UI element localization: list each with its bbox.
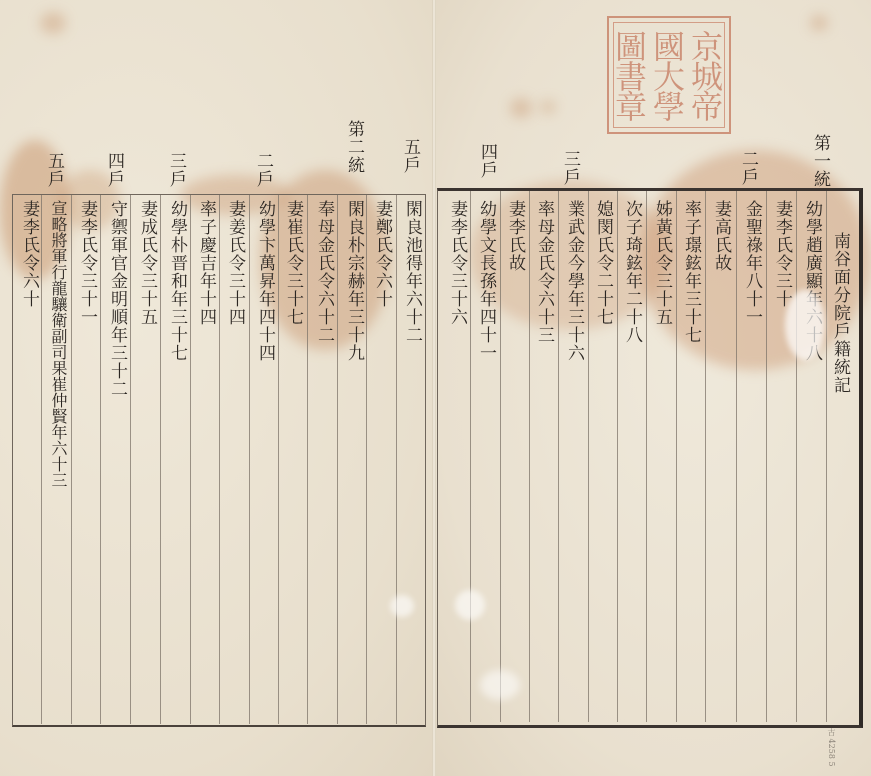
stain: [810, 15, 828, 31]
column-rule: [676, 191, 677, 722]
column-rule: [249, 195, 250, 724]
column-rule: [71, 195, 72, 724]
register-entry: 幼學卞萬昇年四十四: [255, 200, 275, 362]
column-rule: [307, 195, 308, 724]
register-entry: 幼學朴晋和年三十七: [167, 200, 187, 362]
column-rule: [160, 195, 161, 724]
tong-header-2: 第二統: [344, 120, 364, 174]
register-entry: 妻李氏令三十: [772, 200, 792, 308]
column-rule: [617, 191, 618, 722]
register-entry: 閑良朴宗赫年三十九: [344, 200, 364, 362]
column-rule: [219, 195, 220, 724]
register-entry: 閑良池得年六十二: [402, 200, 422, 344]
register-entry: 次子琦鉉年二十八: [622, 200, 642, 344]
register-entry: 奉母金氏令六十二: [314, 200, 334, 344]
column-rule: [41, 195, 42, 724]
register-entry: 妻李氏令六十: [19, 200, 39, 308]
register-entry: 妻姜氏令三十四: [225, 200, 245, 326]
household-header: 四戶: [477, 143, 497, 179]
register-entry: 妻李氏令三十六: [447, 200, 467, 326]
household-header: 二戶: [253, 152, 273, 188]
library-seal: 京城帝國大學圖書章: [607, 16, 731, 134]
column-rule: [190, 195, 191, 724]
paper-damage: [785, 290, 825, 360]
register-entry: 妻鄭氏令六十: [372, 200, 392, 308]
column-rule: [278, 195, 279, 724]
register-entry: 姊黃氏令三十五: [652, 200, 672, 326]
register-entry: 宣略將軍行龍驤衛副司果崔仲賢年六十三: [48, 200, 68, 488]
column-rule: [470, 191, 471, 722]
column-rule: [736, 191, 737, 722]
household-header: 五戶: [400, 138, 420, 174]
column-rule: [337, 195, 338, 724]
register-entry: 妻崔氏令三十七: [283, 200, 303, 326]
column-rule: [100, 195, 101, 724]
register-entry: 率子慶吉年十四: [196, 200, 216, 326]
book-gutter: [432, 0, 436, 776]
column-rule: [646, 191, 647, 722]
register-entry: 妻李氏令三十一: [77, 200, 97, 326]
column-rule: [558, 191, 559, 722]
register-entry: 妻李氏故: [505, 200, 525, 272]
household-header: 二戶: [738, 150, 758, 186]
stain: [510, 98, 532, 118]
column-rule: [529, 191, 530, 722]
register-entry: 妻高氏故: [711, 200, 731, 272]
stain: [540, 100, 556, 114]
register-entry: 率子璟鉉年三十七: [681, 200, 701, 344]
register-entry: 妻成氏令三十五: [137, 200, 157, 326]
column-rule: [366, 195, 367, 724]
column-rule: [766, 191, 767, 722]
register-title: 南谷面分院戶籍統記: [830, 232, 850, 394]
column-rule: [588, 191, 589, 722]
household-header: 三戶: [560, 150, 580, 186]
register-entry: 率母金氏令六十三: [534, 200, 554, 344]
register-entry: 守禦軍官金明順年三十二: [107, 200, 127, 398]
column-rule: [796, 191, 797, 722]
household-header: 三戶: [166, 152, 186, 188]
tong-header-1: 第一統: [810, 134, 830, 188]
register-entry: 金聖祿年八十一: [742, 200, 762, 326]
column-rule: [826, 191, 827, 722]
catalog-mark: 古 4258 5: [826, 728, 837, 767]
household-header: 五戶: [44, 152, 64, 188]
stain: [40, 12, 66, 34]
column-rule: [396, 195, 397, 724]
paper-damage: [455, 590, 485, 620]
column-rule: [705, 191, 706, 722]
paper-damage: [480, 670, 520, 700]
column-rule: [500, 191, 501, 722]
register-entry: 媳閔氏令二十七: [593, 200, 613, 326]
register-entry: 幼學文長孫年四十一: [476, 200, 496, 362]
register-entry: 業武金今學年三十六: [564, 200, 584, 362]
seal-text: 京城帝國大學圖書章: [613, 22, 725, 128]
household-header: 四戶: [104, 152, 124, 188]
column-rule: [130, 195, 131, 724]
paper-damage: [390, 595, 414, 617]
